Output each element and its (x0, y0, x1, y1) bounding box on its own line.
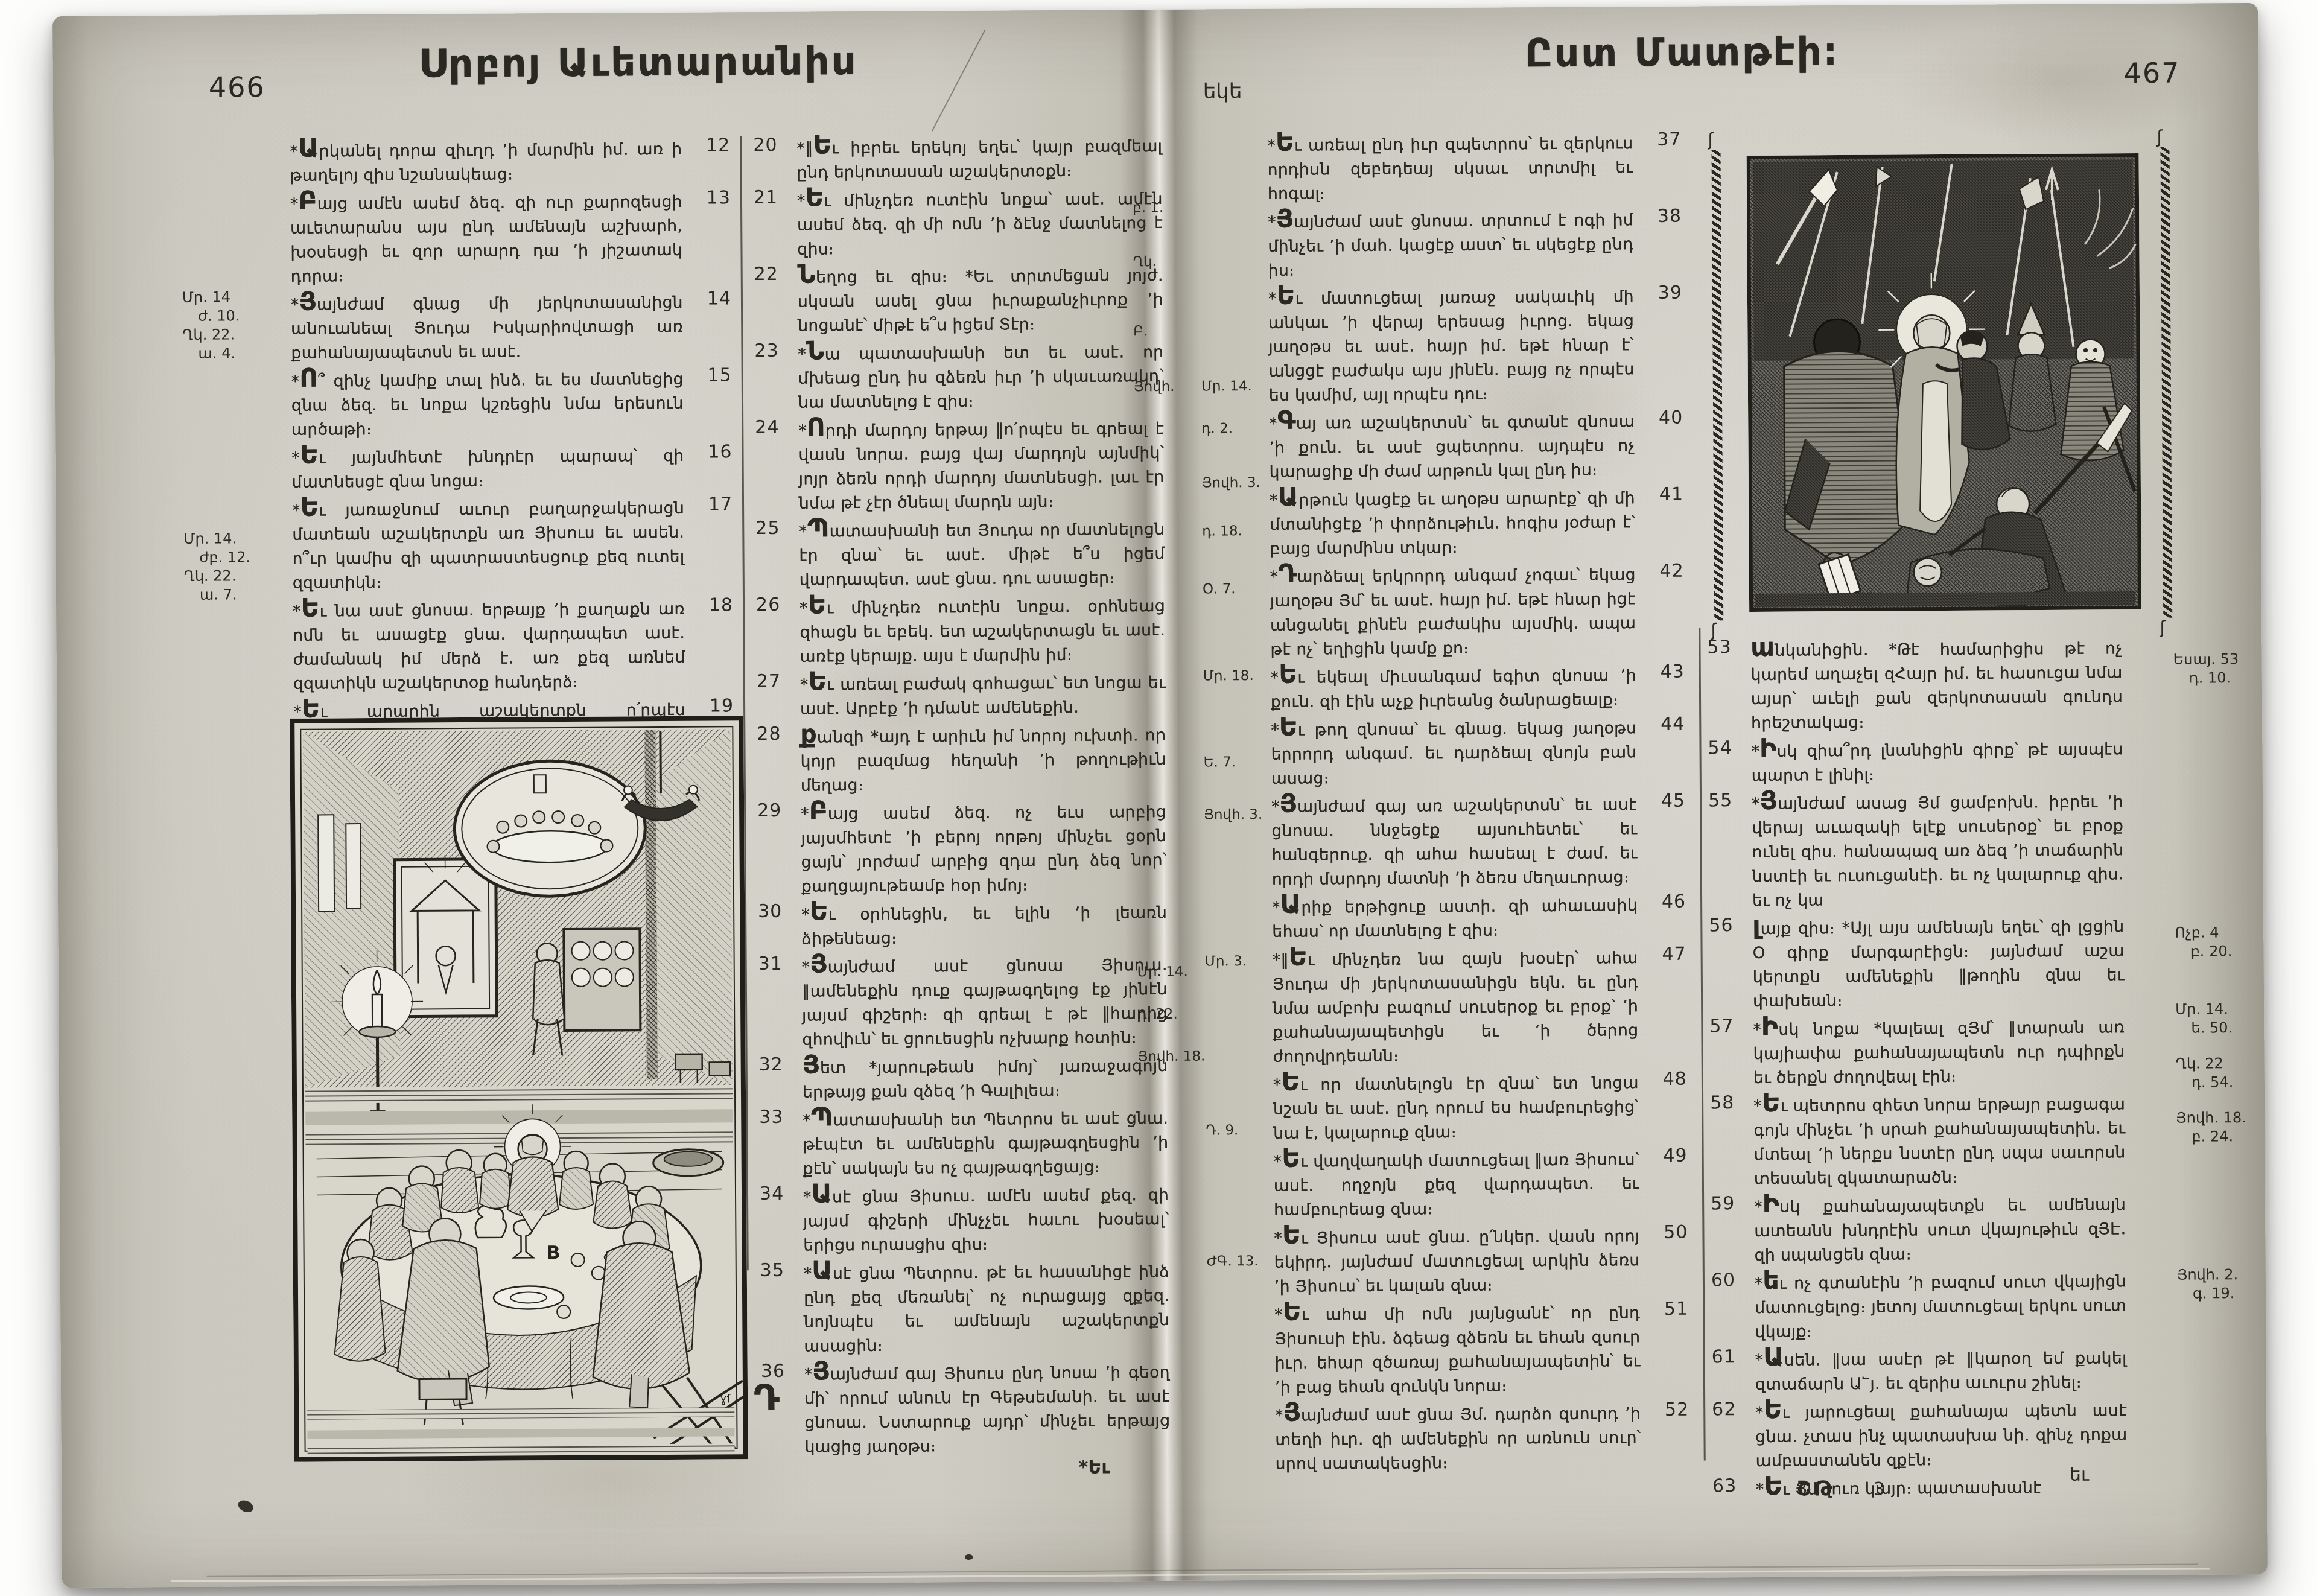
gutter-reference-note: Ղկ. (1133, 254, 1157, 270)
verse-text: *Եւ նա ասէ ցնոսա. երթայք ՚ի քաղաքն առ ոմ… (293, 600, 685, 693)
verse-29: 29*Բայց ասեմ ձեզ. ոչ եւս արբից յայսմհետէ… (801, 796, 1167, 899)
verse-text: *Եւ մինչդեռ ուտէին նոքա՝ ասէ. ամէն ասեմ … (797, 189, 1163, 259)
cross-reference-note: Յովհ. 2.գ. 19. (2177, 1265, 2239, 1303)
verse-text: լայք զիս։ *Այլ այս ամենայն եղեւ՝ զի լցցի… (1752, 917, 2125, 1011)
verse-31: 31*Յայնժամ ասէ ցնոսա Յիսուս. ‖ամենեքին դ… (802, 949, 1168, 1052)
header-gutter-word: եկե (1203, 79, 1242, 103)
verse-53: 53անկանիցին. *Թէ համարիցիս թէ ոչ կարեմ ա… (1750, 632, 2123, 736)
gutter-reference-note: Օ. 7. (1203, 581, 1236, 597)
verse-30: 30*Եւ օրհնեցին, եւ ելին ՚ի լեառն ձիթենեա… (801, 897, 1168, 952)
verse-number: 32 (759, 1053, 783, 1077)
verse-33: 33*Պատասխանի ետ Պետրոս եւ ասէ ցնա. թէպէտ… (803, 1102, 1169, 1181)
verse-text: *Դարձեալ երկրորդ անգամ չոգաւ՝ եկաց յաղօթ… (1270, 565, 1636, 659)
verse-21: 21*Եւ մինչդեռ ուտէին նոքա՝ ասէ. ամէն ասե… (797, 183, 1163, 262)
verse-56: 56լայք զիս։ *Այլ այս ամենայն եղեւ՝ զի լց… (1752, 911, 2125, 1014)
verse-text: *Արթուն կացէք եւ աղօթս արարէք՝ զի մի մտա… (1270, 489, 1635, 558)
verse-number: 41 (1659, 483, 1683, 507)
verse-51: 51*Եւ ահա մի ոմն յայնցանէ՝ որ ընդ Յիսուս… (1274, 1297, 1641, 1400)
verse-number: 16 (708, 440, 732, 464)
verse-17: 17*Եւ յառաջնում աւուր բաղարջակերացն մատե… (292, 492, 685, 596)
verse-50: 50*Եւ Յիսուս ասէ ցնա. ը՛նկեր. վասն որոյ … (1274, 1220, 1640, 1299)
last-supper-woodcut: B (290, 716, 748, 1462)
christ-head (1913, 315, 1950, 351)
verse-text: *Իսկ նոքա *կալեալ զՅմ՝ ‖տարան առ կայիափա… (1753, 1018, 2125, 1087)
verse-37: 37*Եւ առեալ ընդ իւր զպետրոս՝ եւ զերկուս … (1267, 127, 1633, 206)
verse-number: 31 (758, 952, 783, 976)
verse-text: *Եւ Յիսուս ասէ ցնա. ը՛նկեր. վասն որոյ եկ… (1274, 1227, 1639, 1296)
verse-24: 24*Որդի մարդոյ երթայ ‖ո՛րպէս եւ գրեալ է … (798, 413, 1165, 516)
verse-number: 22 (754, 262, 778, 287)
running-title-left: Սրբոյ Աւետարանիս (342, 39, 933, 87)
verse-text: *Իսկ քահանայապետքն եւ ամենայն ատեանն խնդ… (1754, 1195, 2126, 1265)
gutter-reference-note: Յովհ. 3. (1204, 807, 1262, 823)
verse-60: 60*եւ ոչ գտանէին ՚ի բազում սուտ վկայիցն … (1755, 1265, 2127, 1344)
verse-62: 62*Եւ յարուցեալ քահանայա պետն ասէ ցնա. չ… (1755, 1394, 2128, 1474)
gutter-reference-note: Մր. 18. (1203, 668, 1254, 684)
verse-number: 28 (757, 722, 781, 746)
gutter-reference-note: ԺԳ. 13. (1207, 1253, 1259, 1270)
drip-pan (359, 1026, 395, 1037)
verse-45: 45*Յայնժամ գայ առ աշակերտսն՝ եւ ասէ ցնոս… (1271, 789, 1638, 892)
verse-16: 16*Եւ յայնմհետէ խնդրէր պարապ՝ զի մատնեսց… (291, 440, 684, 495)
verse-text: *Արկանել դորա զիւղդ ՚ի մարմին իմ. առ ի թ… (290, 140, 682, 185)
christ-mantle (1919, 381, 1951, 521)
servant-body (533, 960, 565, 1025)
verse-number: 21 (754, 186, 778, 210)
verse-text: *Յայնժամ գայ Յիսուս ընդ նոսա ՚ի գեօղ մի՝… (804, 1363, 1171, 1457)
pillar (644, 730, 658, 1079)
verse-text: *Յայնժամ գայ առ աշակերտսն՝ եւ ասէ ցնոսա.… (1271, 795, 1638, 889)
gutter-reference-note: Դ. 9. (1206, 1122, 1238, 1138)
verse-13: 13*Բայց ամէն ասեմ ձեզ. զի ուր քարոզեսցի … (290, 186, 683, 289)
right-wall (652, 729, 733, 1086)
verse-54: 54*Իսկ զիա՞րդ լնանիցին գիրք՝ թէ այսպէս պ… (1751, 733, 2123, 788)
verse-number: 53 (1707, 635, 1731, 660)
verse-number: 45 (1661, 789, 1685, 813)
catchword-right-page: եւ (2070, 1464, 2089, 1486)
verse-text: *Յայնժամ ասէ ցնա Յմ. դարձո զսուրդ ՚ի տեղ… (1275, 1404, 1641, 1474)
verse-61: 61*Ասեն. ‖սա ասէր թէ ‖կարօղ եմ քակել զտա… (1755, 1342, 2128, 1397)
verse-number: 39 (1658, 281, 1682, 305)
verse-text: *‖Եւ իբրեւ երեկոյ եղեւ՝ կայր բազմեալ ընդ… (796, 137, 1162, 182)
verse-40: 40*Գայ առ աշակերտսն՝ եւ գտանէ զնոսա ՚ի ք… (1269, 405, 1635, 485)
verse-text: *‖Եւ մինչդեռ նա զայն խօսէր՝ ահա Յուդա մի… (1273, 949, 1639, 1066)
page-number-left: 466 (209, 71, 265, 104)
verse-41: 41*Արթուն կացէք եւ աղօթս արարէք՝ զի մի մ… (1270, 482, 1636, 561)
verse-number: 55 (1708, 789, 1732, 813)
verse-text: *Յայնժամ ասէ ցնոսա Յիսուս. ‖ամենեքին դու… (802, 956, 1168, 1049)
verse-34: 34*Ասէ ցնա Յիսուս. ամէն ասեմ քեզ. զի յայ… (803, 1179, 1169, 1258)
verse-text: *Գայ առ աշակերտսն՝ եւ գտանէ զնոսա ՚ի քու… (1269, 412, 1635, 482)
verse-26: 26*Եւ մինչդեռ ուտէին նոքա. օրհնեաց զհացն… (799, 590, 1166, 669)
verse-text: *Եւ մինչդեռ ուտէին նոքա. օրհնեաց զհացն ե… (799, 597, 1165, 666)
verse-27: 27*Եւ առեալ բաժակ գոհացաւ՝ ետ նոցա եւ աս… (800, 667, 1166, 722)
verse-number: 19 (710, 694, 734, 718)
verse-text: *Պատասխանի ետ Յուդա որ մատնելոցն էր զնա՝… (799, 520, 1165, 590)
priest-body (2009, 354, 2056, 431)
verse-text: *Եւ եկեալ միւսանգամ եգիտ զնոսա ՚ի քուն. … (1271, 666, 1636, 711)
verse-55: 55*Յայնժամ ասաց Յմ ցամբոխն. իբրեւ ՚ի վեր… (1752, 786, 2124, 913)
verse-number: 26 (756, 593, 780, 617)
verse-number: 51 (1664, 1297, 1688, 1321)
verse-text: *Բայց ամէն ասեմ ձեզ. զի ուր քարոզեսցի աւ… (290, 192, 683, 286)
gutter-reference-note: Յովհ. 3. (1202, 475, 1260, 491)
gutter-reference-note: դ. 18. (1202, 523, 1242, 539)
jug (475, 1205, 506, 1238)
gutter-reference-note: Մր. 14. (1201, 378, 1252, 395)
verse-text: քանզի *այդ է արիւն իմ նորոյ ուխտի. որ կո… (800, 726, 1166, 795)
verse-text: *Եւ յայնմհետէ խնդրէր պարապ՝ զի մատնեսցէ … (291, 447, 684, 492)
verse-57: 57*Իսկ նոքա *կալեալ զՅմ՝ ‖տարան առ կայիա… (1753, 1011, 2125, 1090)
verse-number: 27 (757, 670, 781, 694)
ground (1755, 591, 2135, 607)
betrayal-of-christ-woodcut (1747, 153, 2142, 612)
verse-text: *Եւ առեալ բաժակ գոհացաւ՝ ետ նոցա եւ ասէ.… (800, 673, 1166, 719)
verse-number: 25 (755, 517, 780, 541)
running-title-right: Ըստ Մատթէի։ (1434, 29, 1929, 77)
gutter-reference-note: Մր. 3. (1205, 953, 1247, 969)
verse-number: 17 (708, 492, 733, 517)
verse-58: 58*Եւ պետրոս զհետ նորա երթայր բացագա գոյ… (1753, 1088, 2126, 1191)
large-plate (494, 1286, 564, 1309)
verse-12: 12*Արկանել դորա զիւղդ ՚ի մարմին իմ. առ ի… (290, 133, 682, 188)
verse-number: 38 (1657, 205, 1682, 229)
verse-number: 34 (760, 1182, 784, 1206)
verse-18: 18*Եւ նա ասէ ցնոսա. երթայք ՚ի քաղաքն առ … (293, 593, 685, 696)
verse-25: 25*Պատասխանի ետ Յուդա որ մատնելոցն էր զն… (799, 513, 1165, 593)
right-column-2: 53անկանիցին. *Թէ համարիցիս թէ ոչ կարեմ ա… (1750, 632, 2128, 1502)
cross-reference-note: Յովհ. 18.բ. 24. (2176, 1108, 2246, 1146)
verse-48: 48*Եւ որ մատնելոցն էր զնա՝ ետ նոցա նշան … (1273, 1067, 1639, 1146)
verse-36: 36Դ*Յայնժամ գայ Յիսուս ընդ նոսա ՚ի գեօղ … (804, 1356, 1171, 1460)
verse-35: 35*Ասէ ցնա Պետրոս. թէ եւ հասանիցէ ինձ ըն… (804, 1256, 1170, 1359)
verse-number: 43 (1660, 660, 1684, 684)
medallion-frame (454, 760, 646, 897)
verse-22: 22Նեղոց եւ զիս։ *Եւ տրտմեցան յոյժ. սկսան… (798, 259, 1164, 339)
ink-spot (965, 1554, 973, 1560)
verse-number: 49 (1663, 1144, 1687, 1168)
engraver-monogram: ɣſ (720, 1392, 731, 1405)
verse-43: 43*Եւ եկեալ միւսանգամ եգիտ զնոսա ՚ի քուն… (1271, 660, 1637, 714)
verse-38: 38*Յայնժամ ասէ ցնոսա. տրտում է ոգի իմ մի… (1268, 204, 1634, 283)
verse-text: *Եւ վաղվաղակի մատուցեալ ‖առ Յիսուս՝ ասէ.… (1274, 1150, 1639, 1219)
verse-text: *Յայնժամ ասաց Յմ ցամբոխն. իբրեւ ՚ի վերայ… (1752, 792, 2124, 910)
gutter-reference-note: դ. 2. (1201, 421, 1233, 436)
verse-text: Նեղոց եւ զիս։ *Եւ տրտմեցան յոյժ. սկսան ա… (798, 266, 1163, 335)
verse-number: 12 (706, 133, 730, 157)
verse-text: *Արիք երթիցուք աստի. զի ահաւասիկ եհաս՝ ո… (1272, 896, 1638, 941)
signature-number: 3 (1874, 1479, 1887, 1500)
lamp-flame (624, 786, 632, 794)
verse-14: 14*Յայնժամ գնաց մի յերկոտասանիցն անուանե… (291, 287, 684, 366)
verse-number: 20 (753, 133, 777, 157)
gutter-reference-note: դ. 22. (1137, 1006, 1178, 1022)
verse-number: 54 (1708, 736, 1732, 760)
cross-reference-note: Ղկ. 22դ. 54. (2176, 1054, 2234, 1092)
gutter-reference-note: Յովհ. 18. (1138, 1049, 1206, 1065)
verse-number: 13 (707, 186, 731, 210)
verse-42: 42*Դարձեալ երկրորդ անգամ չոգաւ՝ եկաց յաղ… (1270, 559, 1636, 662)
verse-number: 63 (1712, 1474, 1737, 1498)
verse-number: 23 (754, 339, 778, 363)
verse-23: 23*Նա պատասխանի ետ եւ ասէ. որ մխեաց ընդ … (798, 336, 1164, 415)
cross-reference-note: Ոչբ. 4բ. 20. (2175, 923, 2232, 961)
verse-text: *Ասէ ցնա Յիսուս. ամէն ասեմ քեզ. զի յայսմ… (803, 1186, 1169, 1255)
medallion-table (492, 831, 608, 863)
verse-text: *Եւ թող զնոսա՝ եւ գնաց. եկաց յաղօթս երրո… (1271, 719, 1636, 788)
gutter-reference-note: Մր. 14. (1137, 964, 1188, 981)
verse-number: 30 (758, 900, 782, 924)
cross-reference-note: Մր. 14.ժբ. 12.Ղկ. 22.ա. 7. (183, 529, 250, 605)
malchus-head (1914, 558, 1942, 586)
cross-reference-note: Մր. 14.ե. 50. (2175, 1000, 2233, 1038)
verse-44: 44*Եւ թող զնոսա՝ եւ գնաց. եկաց յաղօթս եր… (1271, 712, 1637, 791)
verse-text: *Ասեն. ‖սա ասէր թէ ‖կարօղ եմ քակել զտաճա… (1755, 1349, 2127, 1394)
verse-text: *Եւ որ մատնելոցն էր զնա՝ ետ նոցա նշան եւ… (1273, 1073, 1639, 1143)
verse-52: 52*Յայնժամ ասէ ցնա Յմ. դարձո զսուրդ ՚ի տ… (1275, 1397, 1641, 1477)
verse-text: *Եւ մատուցեալ յառաջ սակաւիկ մի անկաւ ՚ի … (1268, 287, 1635, 405)
cross-reference-note: Եսայ. 53դ. 10. (2173, 650, 2239, 688)
window-slit (346, 824, 361, 908)
gutter-reference-note: Ե. 7. (1204, 754, 1236, 770)
verse-number: 24 (755, 416, 779, 440)
verse-text: *Պատասխանի ետ Պետրոս եւ ասէ ցնա. թէպէտ ե… (803, 1109, 1168, 1178)
window-slit (318, 815, 334, 911)
open-book-spread: 466 Սրբոյ Աւետարանիս Մր. 14ժ. 10.Ղկ. 22.… (52, 3, 2268, 1588)
verse-number: 40 (1659, 406, 1683, 430)
lamp-rope (660, 731, 661, 793)
left-column-2: 20*‖Եւ իբրեւ երեկոյ եղեւ՝ կայր բազմեալ ը… (796, 130, 1170, 1460)
gutter-reference-note: բ. 1. (1133, 200, 1163, 215)
verse-text: *Եւ օրհնեցին, եւ ելին ՚ի լեառն ձիթենեաց։ (801, 903, 1167, 949)
verse-number: 15 (707, 363, 731, 387)
verse-47: 47*‖Եւ մինչդեռ նա զայն խօսէր՝ ահա Յուդա … (1273, 942, 1639, 1069)
candle (372, 994, 382, 1028)
verse-text: Յետ *յարութեան իմոյ՝ յառաջագոյն երթայց ք… (803, 1057, 1168, 1102)
verse-text: *Որդի մարդոյ երթայ ‖ո՛րպէս եւ գրեալ է վա… (798, 419, 1165, 513)
verse-49: 49*Եւ վաղվաղակի մատուցեալ ‖առ Յիսուս՝ աս… (1274, 1143, 1640, 1222)
candle-stand (377, 1037, 378, 1116)
verse-text: *Ո՞ զինչ կամիք տալ ինձ. եւ ես մատնեցից զ… (291, 370, 684, 439)
section-initial: Դ (754, 1385, 780, 1410)
cross-reference-note: Մր. 14ժ. 10.Ղկ. 22.ա. 4. (182, 288, 240, 363)
verse-text: *Եւ առեալ ընդ իւր զպետրոս՝ եւ զերկուս որ… (1267, 134, 1633, 203)
catchword-left-page: *Եւ (1079, 1457, 1110, 1478)
verse-number: 46 (1662, 890, 1686, 914)
verse-number: 18 (709, 593, 733, 617)
left-column-1: 12*Արկանել դորա զիւղդ ՚ի մարմին իմ. առ ի… (290, 133, 685, 773)
verse-number: 33 (759, 1105, 783, 1130)
verse-text: *Յայնժամ ասէ ցնոսա. տրտում է ոգի իմ մինչ… (1268, 211, 1633, 280)
verse-number: 61 (1712, 1345, 1736, 1369)
verse-text: *եւ ոչ գտանէին ՚ի բազում սուտ վկայիցն մա… (1755, 1272, 2126, 1341)
verse-number: 59 (1711, 1192, 1735, 1216)
cloth-monogram: B (547, 1242, 561, 1264)
gutter-reference-note: Բ. (1133, 323, 1148, 339)
verse-text: *Յայնժամ գնաց մի յերկոտասանիցն անուանեալ… (291, 293, 683, 363)
verse-number: 58 (1710, 1091, 1734, 1115)
book-photo: 466 Սրբոյ Աւետարանիս Մր. 14ժ. 10.Ղկ. 22.… (0, 0, 2317, 1596)
verse-number: 14 (707, 287, 731, 311)
verse-text: *Եւ պետրոս զհետ նորա երթայր բացագա գոյն … (1753, 1095, 2126, 1188)
verse-text: անկանիցին. *Թէ համարիցիս թէ ոչ կարեմ աղա… (1750, 639, 2123, 733)
quire-signature: ՇԹ 3 (1797, 1477, 1887, 1501)
verse-text: *Իսկ զիա՞րդ լնանիցին գիրք՝ թէ այսպէս պար… (1751, 740, 2123, 785)
disciple (480, 1154, 512, 1209)
verse-text: *Ասէ ցնա Պետրոս. թէ եւ հասանիցէ ինձ ընդ … (804, 1262, 1170, 1356)
verse-text: *Եւ յառաջնում աւուր բաղարջակերացն մատեան… (292, 499, 685, 593)
gutter-reference-note: Յովհ. (1134, 379, 1175, 395)
verse-number: 50 (1664, 1221, 1688, 1245)
verse-28: 28քանզի *այդ է արիւն իմ նորոյ ուխտի. որ … (800, 719, 1166, 798)
verse-number: 42 (1659, 559, 1683, 583)
verse-text: *Եւ ահա մի ոմն յայնցանէ՝ որ ընդ Յիսուսի … (1274, 1303, 1641, 1397)
verse-15: 15*Ո՞ զինչ կամիք տալ ինձ. եւ ես մատնեցից… (291, 363, 684, 442)
verse-text: *Նա պատասխանի ետ եւ ասէ. որ մխեաց ընդ իս… (798, 343, 1163, 412)
verse-number: 44 (1661, 713, 1685, 737)
lamp-flame (689, 786, 698, 794)
verse-text: *Բայց ասեմ ձեզ. ոչ եւս արբից յայսմհետէ ՚… (801, 803, 1167, 896)
verse-number: 62 (1712, 1397, 1736, 1422)
verse-32: 32Յետ *յարութեան իմոյ՝ յառաջագոյն երթայց… (803, 1050, 1169, 1105)
verse-text: *Եւ յարուցեալ քահանայա պետն ասէ ցնա. չտա… (1755, 1401, 2127, 1470)
verse-20: 20*‖Եւ իբրեւ երեկոյ եղեւ՝ կայր բազմեալ ը… (796, 130, 1163, 185)
verse-number: 29 (757, 799, 781, 823)
verse-number: 60 (1711, 1268, 1735, 1292)
verse-number: 47 (1662, 943, 1686, 967)
verse-number: 35 (760, 1259, 784, 1283)
right-column-1: 37*Եւ առեալ ընդ իւր զպետրոս՝ եւ զերկուս … (1267, 127, 1641, 1477)
verse-number: 57 (1709, 1014, 1734, 1038)
verse-59: 59*Իսկ քահանայապետքն եւ ամենայն ատեանն խ… (1754, 1189, 2126, 1268)
verse-number: 48 (1663, 1067, 1687, 1092)
verse-number: 52 (1665, 1398, 1689, 1422)
page-number-right: 467 (2124, 57, 2181, 90)
verse-39: 39*Եւ մատուցեալ յառաջ սակաւիկ մի անկաւ ՚… (1268, 281, 1635, 408)
verse-number: 56 (1709, 914, 1733, 938)
verse-46: 46*Արիք երթիցուք աստի. զի ահաւասիկ եհաս՝… (1272, 889, 1638, 944)
disciple (559, 1151, 594, 1209)
verse-number: 37 (1657, 128, 1681, 152)
